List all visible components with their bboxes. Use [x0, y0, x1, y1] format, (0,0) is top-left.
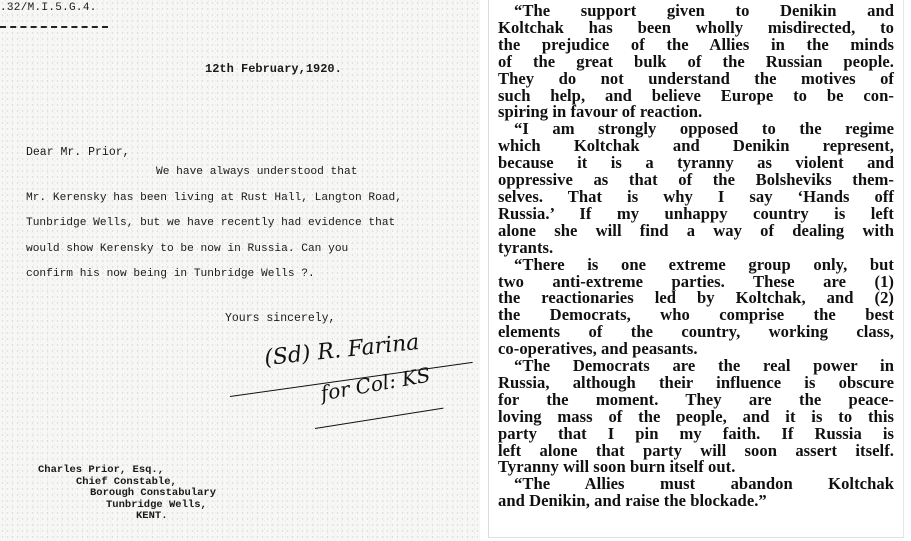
- newspaper-clipping: “The support given to Denikin andKoltcha…: [488, 0, 904, 538]
- letter-closing: Yours sincerely,: [225, 312, 335, 325]
- address-line: Borough Constabulary: [38, 488, 216, 500]
- clipping-line: They do not understand the motives of: [498, 71, 894, 88]
- typewritten-letter: .32/M.I.5.G.4. 12th February,1920. Dear …: [0, 0, 480, 541]
- reference-underline: [0, 26, 108, 28]
- handwritten-signature: (Sd) R. Farina for Col: KS: [220, 330, 480, 440]
- letter-body: We have always understood that Mr. Keren…: [26, 160, 446, 288]
- letter-date: 12th February,1920.: [205, 62, 342, 76]
- letter-salutation: Dear Mr. Prior,: [26, 146, 130, 159]
- clipping-line: and Denikin, and raise the blockade.”: [498, 493, 894, 510]
- signature-stroke: [315, 408, 444, 429]
- address-line: Charles Prior, Esq.,: [38, 465, 216, 477]
- clipping-column: “The support given to Denikin andKoltcha…: [498, 3, 894, 510]
- letter-line: Tunbridge Wells, but we have recently ha…: [26, 211, 446, 237]
- letter-line: Mr. Kerensky has been living at Rust Hal…: [26, 186, 446, 212]
- letter-line: would show Kerensky to be now in Russia.…: [26, 237, 446, 263]
- clipping-line: “There is one extreme group only, but: [498, 257, 894, 274]
- signature-name: (Sd) R. Farina: [263, 330, 420, 371]
- letter-reference: .32/M.I.5.G.4.: [0, 2, 97, 14]
- address-line: Tunbridge Wells,: [38, 500, 216, 512]
- letter-line: confirm his now being in Tunbridge Wells…: [26, 262, 446, 288]
- recipient-address: Charles Prior, Esq., Chief Constable, Bo…: [38, 465, 216, 523]
- clipping-line: alone she will find a way of dealing wit…: [498, 223, 894, 240]
- letter-line: We have always understood that: [26, 160, 446, 186]
- address-line: KENT.: [38, 511, 216, 523]
